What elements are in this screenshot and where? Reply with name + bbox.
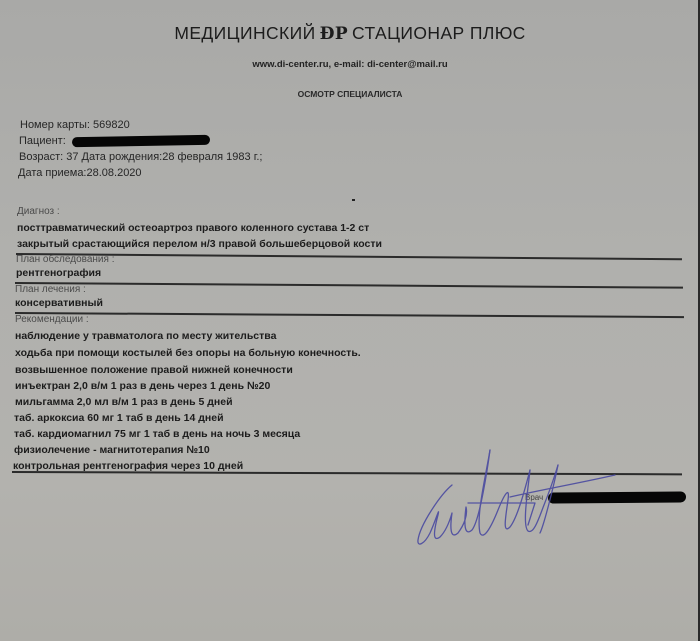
- recommendation-line: возвышенное положение правой нижней коне…: [15, 364, 293, 376]
- recommendation-line: таб. кардиомагнил 75 мг 1 таб в день на …: [14, 428, 300, 440]
- clinic-logo-icon: ĐP: [320, 24, 348, 44]
- recommendation-line: физиолечение - магнитотерапия №10: [14, 444, 210, 456]
- treatment-plan-line: консервативный: [15, 297, 103, 309]
- exam-plan-line: рентгенография: [16, 267, 101, 279]
- stray-mark: [352, 199, 355, 201]
- recommendation-line: таб. аркоксиа 60 мг 1 таб в день 14 дней: [14, 412, 224, 424]
- recommendation-line: ходьба при помощи костылей без опоры на …: [15, 347, 361, 359]
- clinic-name-right: СТАЦИОНАР ПЛЮС: [352, 23, 526, 43]
- patient-name-redaction: [72, 135, 210, 147]
- clinic-name-left: МЕДИЦИНСКИЙ: [174, 23, 315, 43]
- clinic-contacts: www.di-center.ru, e-mail: di-center@mail…: [0, 59, 700, 70]
- diagnosis-line: посттравматический остеоартроз правого к…: [17, 222, 369, 234]
- divider: [16, 253, 682, 260]
- age-dob: Возраст: 37 Дата рождения:28 февраля 198…: [19, 151, 262, 163]
- diagnosis-line: закрытый срастающийся перелом н/3 правой…: [17, 238, 382, 250]
- document-title: ОСМОТР СПЕЦИАЛИСТА: [0, 89, 700, 99]
- visit-date: Дата приема:28.08.2020: [18, 167, 142, 179]
- recommendations-label: Рекомендации :: [15, 314, 89, 325]
- exam-plan-label: План обследования :: [16, 254, 114, 265]
- recommendation-line: инъектран 2,0 в/м 1 раз в день через 1 д…: [15, 380, 270, 392]
- signature: [410, 445, 620, 555]
- recommendation-line: мильгамма 2,0 мл в/м 1 раз в день 5 дней: [15, 396, 233, 408]
- recommendation-line: наблюдение у травматолога по месту жител…: [15, 330, 276, 342]
- divider: [15, 312, 684, 318]
- card-number: Номер карты: 569820: [20, 119, 130, 131]
- treatment-plan-label: План лечения :: [15, 284, 86, 295]
- diagnosis-label: Диагноз :: [17, 206, 60, 217]
- clinic-name: МЕДИЦИНСКИЙĐPСТАЦИОНАР ПЛЮС: [0, 23, 700, 44]
- divider: [15, 282, 683, 289]
- patient-label: Пациент:: [19, 135, 66, 147]
